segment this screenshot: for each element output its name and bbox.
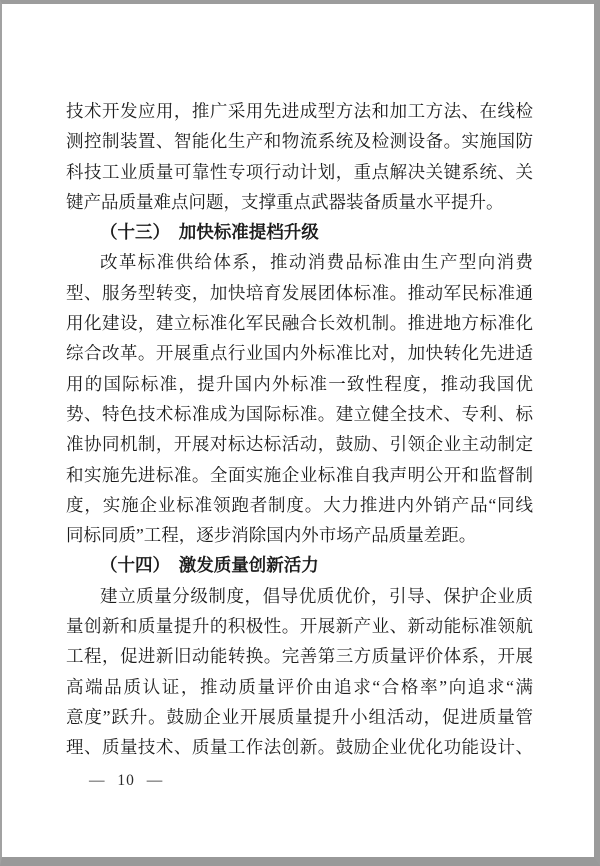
scanned-page: 技术开发应用，推广采用先进成型方法和加工方法、在线检测控制装置、智能化生产和物流… [0, 0, 600, 866]
text-line: 综合改革。开展重点行业国内外标准比对，加快转化先进适 [66, 338, 533, 368]
text-line: 量创新和质量提升的积极性。开展新产业、新动能标准领航 [66, 611, 533, 641]
text-line: 势、特色技术标准成为国际标准。建立健全技术、专利、标 [66, 399, 533, 429]
text-line: 理、质量技术、质量工作法创新。鼓励企业优化功能设计、 [66, 732, 533, 762]
text-line: 准协同机制，开展对标达标活动，鼓励、引领企业主动制定 [66, 429, 533, 459]
text-line: （十四） 激发质量创新活力 [66, 550, 533, 580]
paragraph: 建立质量分级制度，倡导优质优价，引导、保护企业质量创新和质量提升的积极性。开展新… [66, 581, 533, 763]
text-line: 和实施先进标准。全面实施企业标准自我声明公开和监督制 [66, 460, 533, 490]
text-line: 度，实施企业标准领跑者制度。大力推进内外销产品“同线 [66, 490, 533, 520]
document-body: 技术开发应用，推广采用先进成型方法和加工方法、在线检测控制装置、智能化生产和物流… [66, 96, 533, 763]
text-line: 改革标准供给体系，推动消费品标准由生产型向消费 [66, 247, 533, 277]
text-line: 建立质量分级制度，倡导优质优价，引导、保护企业质 [66, 581, 533, 611]
text-line: 意度”跃升。鼓励企业开展质量提升小组活动，促进质量管 [66, 702, 533, 732]
paragraph: 技术开发应用，推广采用先进成型方法和加工方法、在线检测控制装置、智能化生产和物流… [66, 96, 533, 217]
text-line: 用化建设，建立标准化军民融合长效机制。推进地方标准化 [66, 308, 533, 338]
page-number: — 10 — [89, 771, 163, 791]
text-line: 工程，促进新旧动能转换。完善第三方质量评价体系，开展 [66, 641, 533, 671]
text-line: （十三） 加快标准提档升级 [66, 217, 533, 247]
section-heading: （十四） 激发质量创新活力 [66, 550, 533, 580]
text-line: 用的国际标准，提升国内外标准一致性程度，推动我国优 [66, 369, 533, 399]
text-line: 科技工业质量可靠性专项行动计划，重点解决关键系统、关 [66, 157, 533, 187]
paragraph: 改革标准供给体系，推动消费品标准由生产型向消费型、服务型转变，加快培育发展团体标… [66, 247, 533, 550]
text-line: 同标同质”工程，逐步消除国内外市场产品质量差距。 [66, 520, 533, 550]
text-line: 测控制装置、智能化生产和物流系统及检测设备。实施国防 [66, 126, 533, 156]
section-heading: （十三） 加快标准提档升级 [66, 217, 533, 247]
text-line: 高端品质认证，推动质量评价由追求“合格率”向追求“满 [66, 672, 533, 702]
text-line: 技术开发应用，推广采用先进成型方法和加工方法、在线检 [66, 96, 533, 126]
text-line: 键产品质量难点问题，支撑重点武器装备质量水平提升。 [66, 187, 533, 217]
text-line: 型、服务型转变，加快培育发展团体标准。推动军民标准通 [66, 278, 533, 308]
